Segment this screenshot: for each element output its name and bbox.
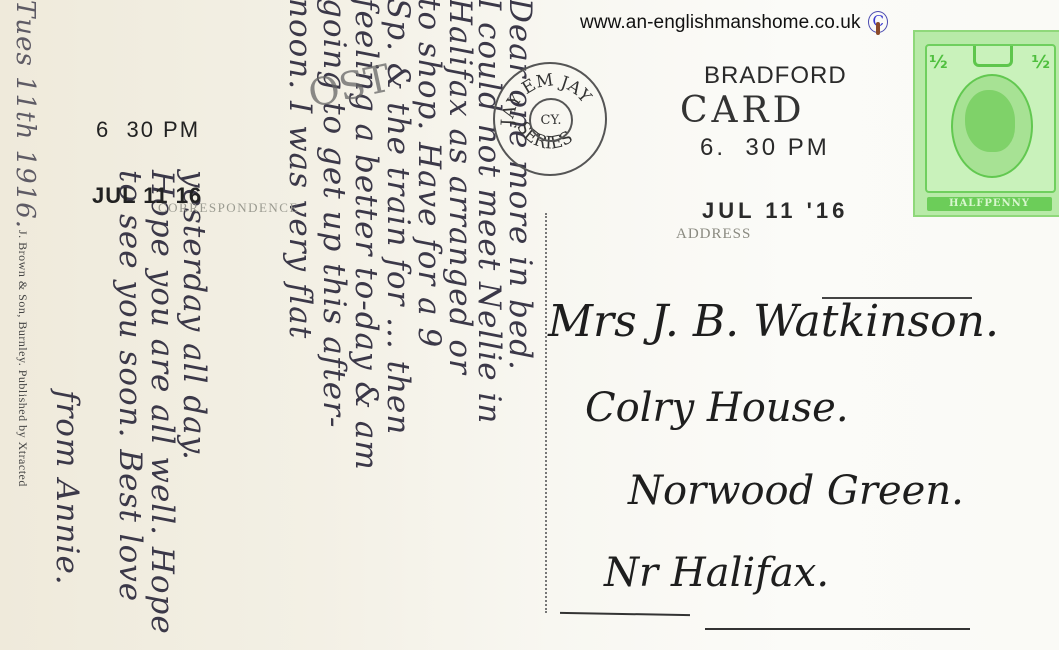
stamp-denomination-left: ½ [929, 52, 948, 73]
printer-credit: J. Brown & Son, Burnley. Published by Xt… [15, 230, 30, 487]
king-portrait-icon [965, 90, 1015, 152]
correspondence-label: CORRESPONDENCE [158, 200, 299, 216]
address-line-name: Mrs J. B. Watkinson. [548, 296, 999, 347]
message-line: Hope you are all well. Hope [144, 170, 180, 635]
message-line: to shop. Have for a 9 [411, 0, 447, 348]
watermark: www.an-englishmanshome.co.uk C [580, 10, 889, 36]
postmark-city: BRADFORD [704, 62, 847, 90]
postmark-date: JUL 11 '16 [702, 198, 848, 224]
message-line: from Annie. [49, 390, 85, 586]
message-line: Halifax as arranged or [442, 0, 478, 375]
crown-icon [973, 46, 1013, 67]
divider-line [545, 213, 547, 613]
postcard-back: Dear one more in bed. I could not meet N… [0, 0, 1059, 650]
publisher-stamp-center: CY. [529, 98, 573, 142]
stamp-denomination-right: ½ [1031, 52, 1050, 73]
address-underline [705, 628, 970, 630]
postmark-time: 6. 30 PM [700, 134, 830, 162]
message-line: Dear one more in bed. [502, 0, 538, 371]
watermark-url: www.an-englishmanshome.co.uk [580, 12, 861, 34]
address-underline [560, 612, 690, 616]
postmark-left-time: 6 30 PM [96, 117, 200, 143]
address-line-house: Colry House. [585, 385, 849, 431]
halfpenny-stamp: ½ ½ HALFPENNY [913, 30, 1059, 217]
address-line-town: Nr Halifax. [604, 550, 829, 596]
message-line: Tues 11th 1916. [10, 0, 40, 229]
message-line: to see you soon. Best love [112, 170, 148, 602]
stamp-label: HALFPENNY [927, 197, 1052, 211]
postmark-type: CARD [680, 90, 806, 131]
c-logo-icon: C [867, 10, 889, 36]
address-line-locality: Norwood Green. [628, 468, 964, 514]
address-label: ADDRESS [676, 226, 751, 243]
publisher-stamp: JAY EM JAY SERIES CY. [493, 62, 607, 176]
message-line: noon. I was very flat [282, 0, 318, 339]
